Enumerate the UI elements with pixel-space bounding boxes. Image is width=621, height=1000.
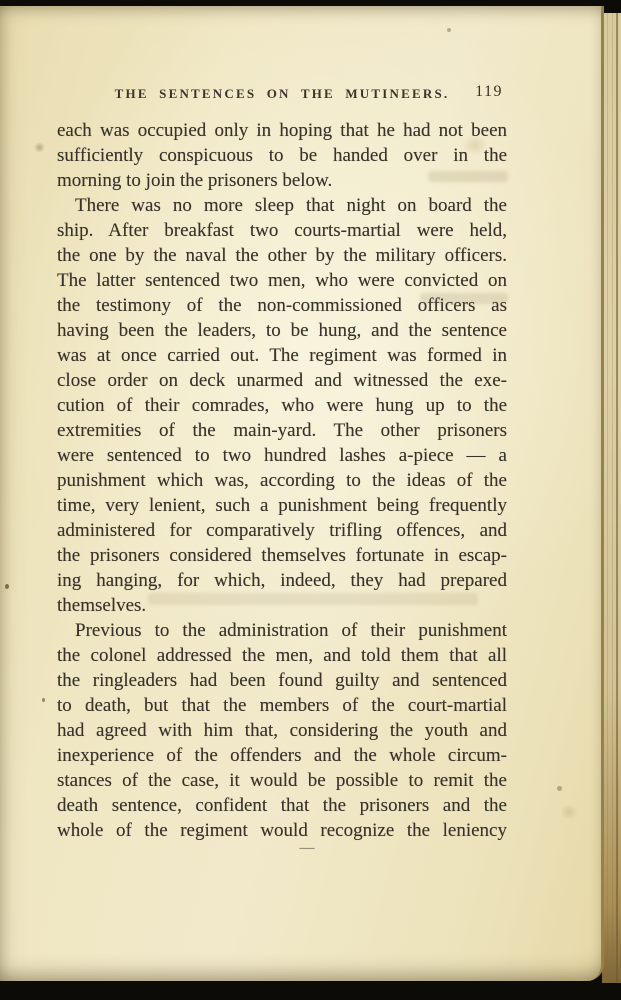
text-line: each was occupied only in hoping that he… <box>57 118 507 143</box>
text-line: the prisoners considered themselves fort… <box>57 543 507 568</box>
text-line: the one by the naval the other by the mi… <box>57 243 507 268</box>
text-line: sufficiently conspicuous to be handed ov… <box>57 143 507 168</box>
text-line: ship. After breakfast two courts-martial… <box>57 218 507 243</box>
text-line: the ringleaders had been found guilty an… <box>57 668 507 693</box>
text-line: extremities of the main-yard. The other … <box>57 418 507 443</box>
end-mark: — <box>57 841 507 855</box>
paper-stain <box>560 804 578 820</box>
text-line: had agreed with him that, considering th… <box>57 718 507 743</box>
paper-stain <box>462 134 488 156</box>
text-line: inexperience of the offenders and the wh… <box>57 743 507 768</box>
text-line: the colonel addressed the men, and told … <box>57 643 507 668</box>
text-line: cution of their comrades, who were hung … <box>57 393 507 418</box>
paper-speck <box>5 584 9 589</box>
book-page-edges <box>602 13 621 983</box>
text-line: ing hanging, for which, indeed, they had… <box>57 568 507 593</box>
body-text: each was occupied only in hoping that he… <box>57 118 507 843</box>
text-line: whole of the regiment would recognize th… <box>57 818 507 843</box>
text-line: administered for comparatively trifling … <box>57 518 507 543</box>
text-line: time, very lenient, such a punishment be… <box>57 493 507 518</box>
running-title: THE SENTENCES ON THE MUTINEERS. <box>57 86 507 102</box>
page-header: THE SENTENCES ON THE MUTINEERS. 119 <box>57 84 507 102</box>
text-line: stances of the case, it would be possibl… <box>57 768 507 793</box>
text-line: was at once carried out. The regiment wa… <box>57 343 507 368</box>
print-showthrough <box>148 593 478 605</box>
book-page: THE SENTENCES ON THE MUTINEERS. 119 each… <box>0 6 604 981</box>
paragraph: Previous to the administration of their … <box>57 618 507 843</box>
print-showthrough <box>428 171 508 182</box>
text-line: to death, but that the members of the co… <box>57 693 507 718</box>
page-number: 119 <box>475 83 503 101</box>
paper-speck <box>447 28 451 32</box>
print-showthrough <box>420 293 508 304</box>
text-line: were sentenced to two hundred lashes a-p… <box>57 443 507 468</box>
paper-speck <box>42 698 45 702</box>
text-line: close order on deck unarmed and witnesse… <box>57 368 507 393</box>
book-scan: THE SENTENCES ON THE MUTINEERS. 119 each… <box>0 0 621 1000</box>
paper-speck <box>34 142 45 153</box>
text-line: Previous to the administration of their … <box>57 618 507 643</box>
text-line: punishment which was, according to the i… <box>57 468 507 493</box>
text-line: There was no more sleep that night on bo… <box>57 193 507 218</box>
paragraph: There was no more sleep that night on bo… <box>57 193 507 618</box>
text-line: having been the leaders, to be hung, and… <box>57 318 507 343</box>
text-line: The latter sentenced two men, who were c… <box>57 268 507 293</box>
text-line: death sentence, confident that the priso… <box>57 793 507 818</box>
paper-speck <box>557 786 562 791</box>
